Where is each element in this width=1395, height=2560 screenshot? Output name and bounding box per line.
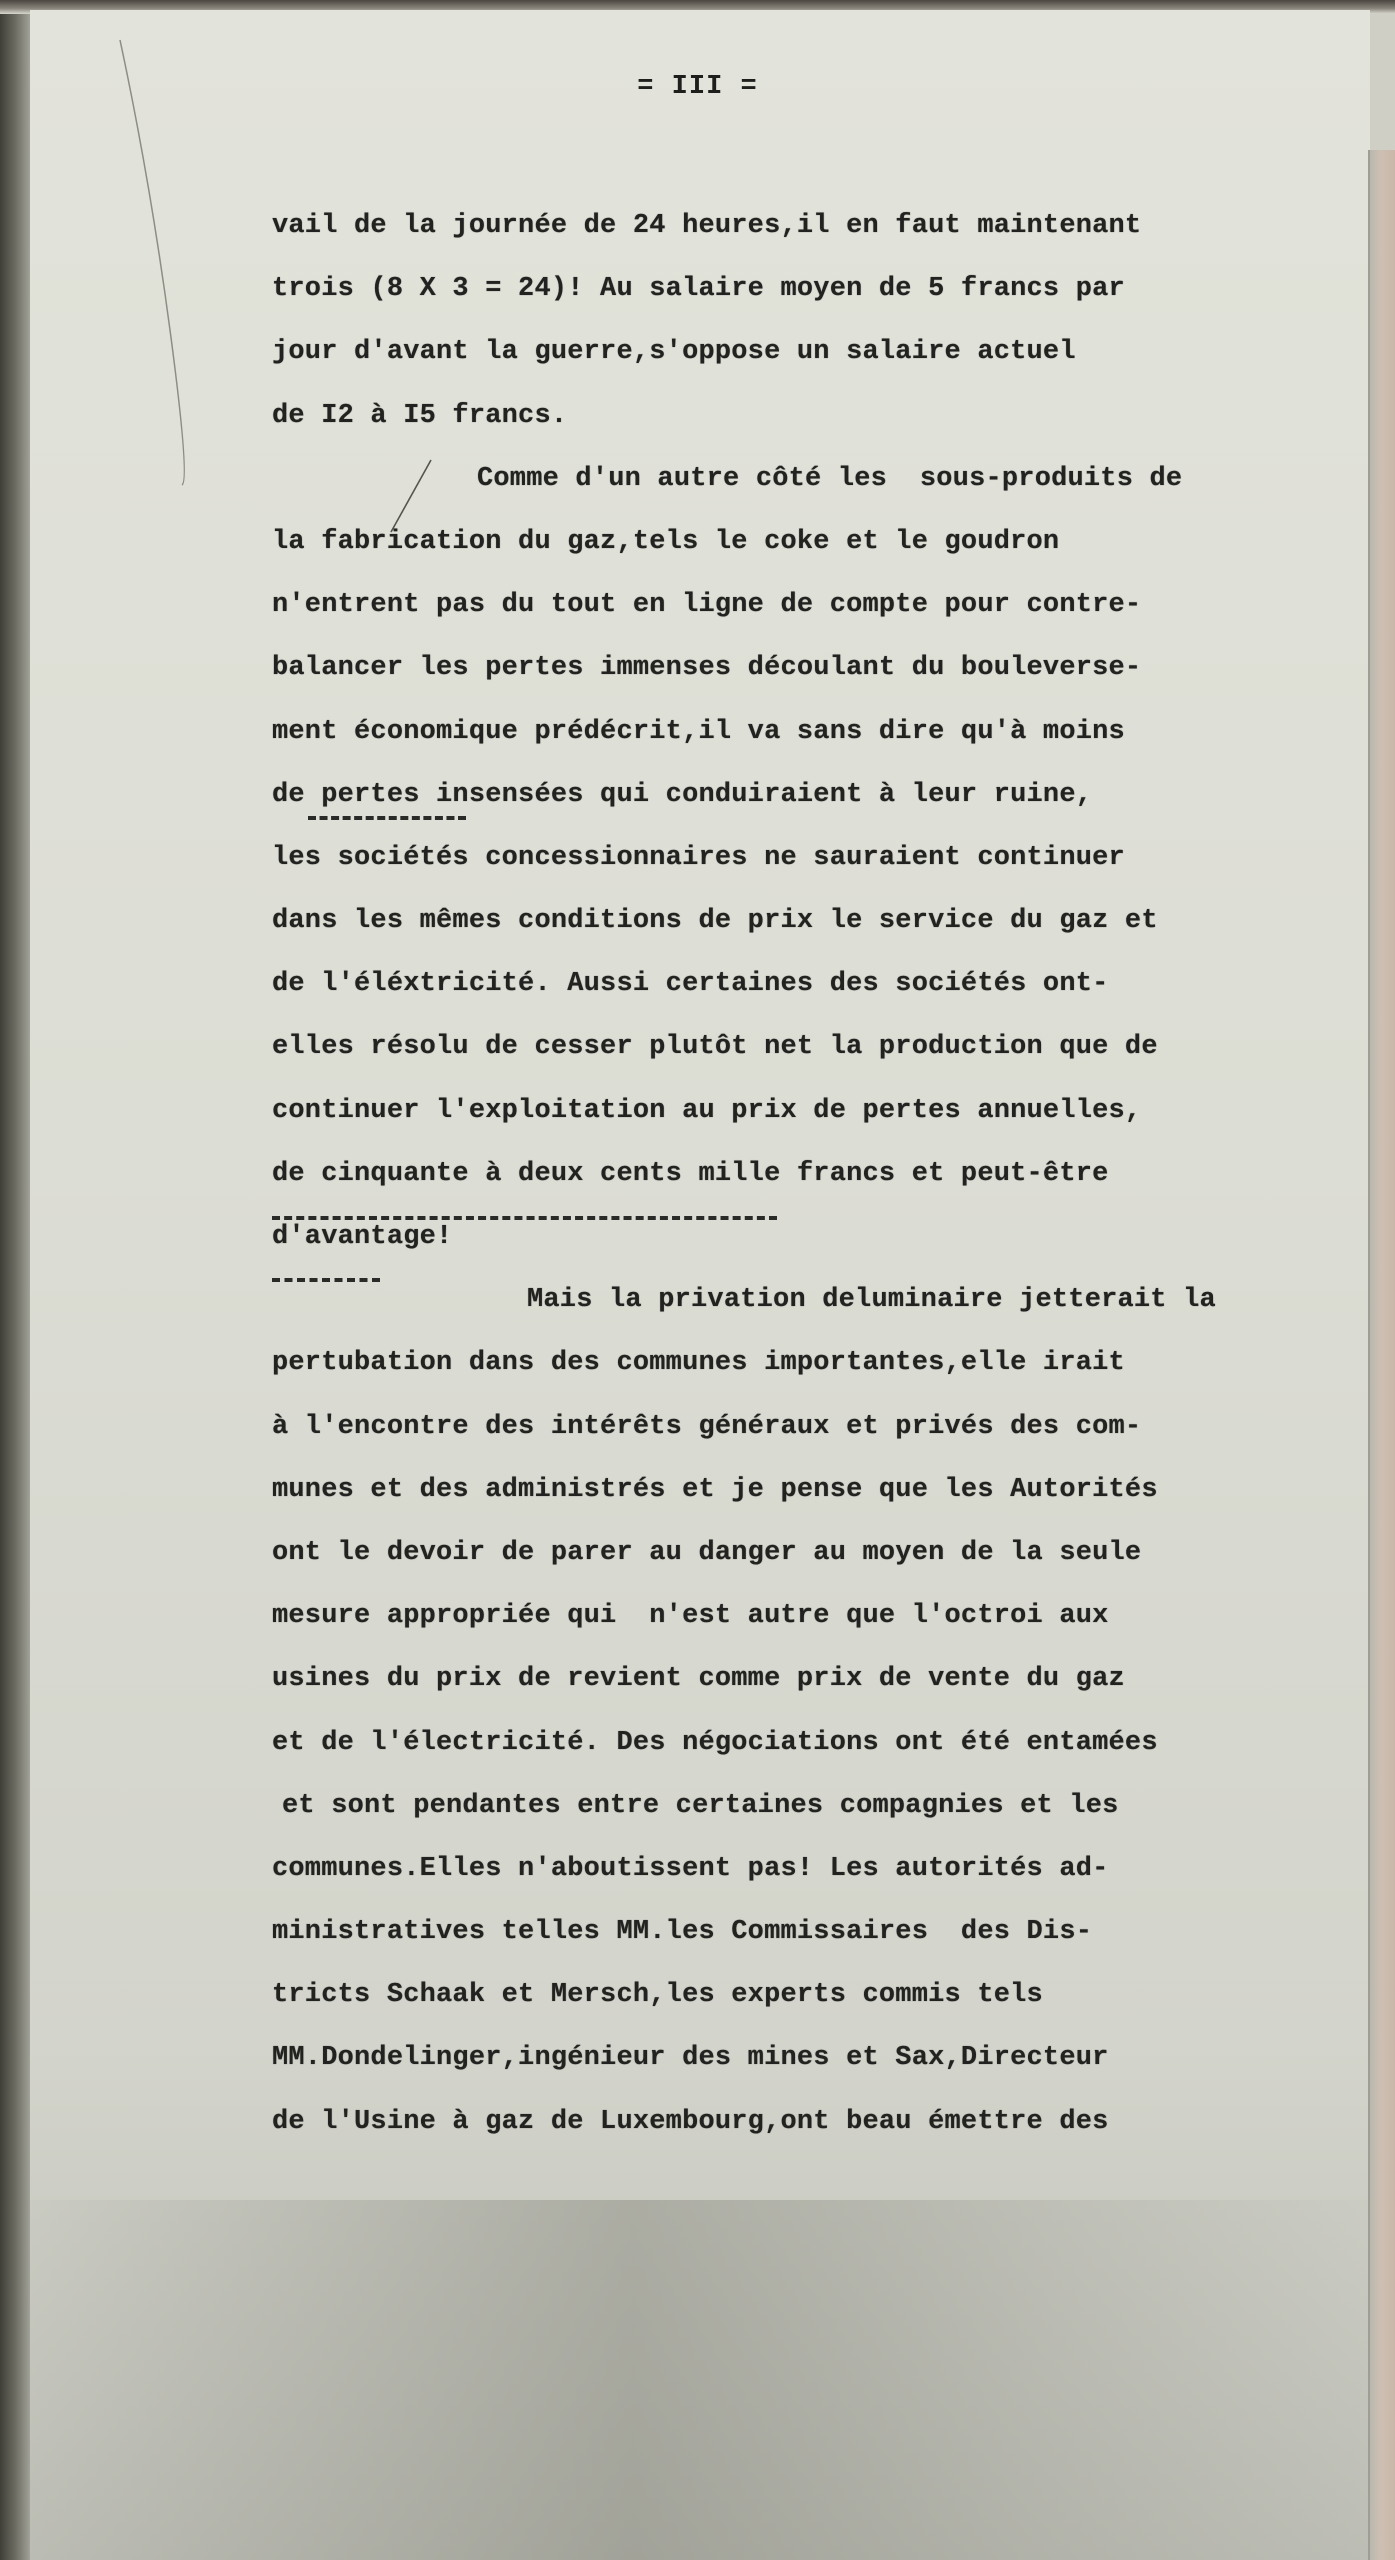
text-line: la fabrication du gaz,tels le coke et le… [272, 522, 1382, 585]
underline-pertes-insensees [308, 816, 466, 820]
underlined-text-line: de pertes insensées qui conduiraient à l… [272, 775, 1382, 838]
page-number-header: = III = [0, 72, 1395, 102]
text-line: jour d'avant la guerre,s'oppose un salai… [272, 332, 1382, 395]
underline-montant-pertes [272, 1216, 777, 1220]
text-line: MM.Dondelinger,ingénieur des mines et Sa… [272, 2038, 1382, 2101]
text-line: munes et des administrés et je pense que… [272, 1470, 1382, 1533]
page-shadow [30, 2200, 1370, 2560]
text-line: n'entrent pas du tout en ligne de compte… [272, 585, 1382, 648]
text-line: usines du prix de revient comme prix de … [272, 1659, 1382, 1722]
text-line: ment économique prédécrit,il va sans dir… [272, 712, 1382, 775]
text-line: balancer les pertes immenses découlant d… [272, 648, 1382, 711]
underline-davantage [272, 1278, 380, 1282]
text-line: ministratives telles MM.les Commissaires… [272, 1912, 1382, 1975]
text-line: ont le devoir de parer au danger au moye… [272, 1533, 1382, 1596]
underlined-text-line: d'avantage! [272, 1217, 1382, 1280]
text-line: mesure appropriée qui n'est autre que l'… [272, 1596, 1382, 1659]
text-line: de l'Usine à gaz de Luxembourg,ont beau … [272, 2102, 1382, 2165]
text-line: de l'éléxtricité. Aussi certaines des so… [272, 964, 1382, 1027]
underlined-text-line: de cinquante à deux cents mille francs e… [272, 1154, 1382, 1217]
paragraph-start-line: Comme d'un autre côté les sous-produits … [272, 459, 1382, 522]
text-line: tricts Schaak et Mersch,les experts comm… [272, 1975, 1382, 2038]
text-line: de I2 à I5 francs. [272, 396, 1382, 459]
text-line: vail de la journée de 24 heures,il en fa… [272, 206, 1382, 269]
text-line: et sont pendantes entre certaines compag… [272, 1786, 1382, 1849]
text-line: et de l'électricité. Des négociations on… [272, 1723, 1382, 1786]
paragraph-start-line: Mais la privation deluminaire jetterait … [272, 1280, 1382, 1343]
text-line: communes.Elles n'aboutissent pas! Les au… [272, 1849, 1382, 1912]
text-line: trois (8 X 3 = 24)! Au salaire moyen de … [272, 269, 1382, 332]
typewritten-body: vail de la journée de 24 heures,il en fa… [272, 206, 1382, 2165]
text-line: les sociétés concessionnaires ne sauraie… [272, 838, 1382, 901]
text-line: dans les mêmes conditions de prix le ser… [272, 901, 1382, 964]
text-line: pertubation dans des communes importante… [272, 1343, 1382, 1406]
text-line: continuer l'exploitation au prix de pert… [272, 1091, 1382, 1154]
text-line: à l'encontre des intérêts généraux et pr… [272, 1407, 1382, 1470]
text-line: elles résolu de cesser plutôt net la pro… [272, 1027, 1382, 1090]
